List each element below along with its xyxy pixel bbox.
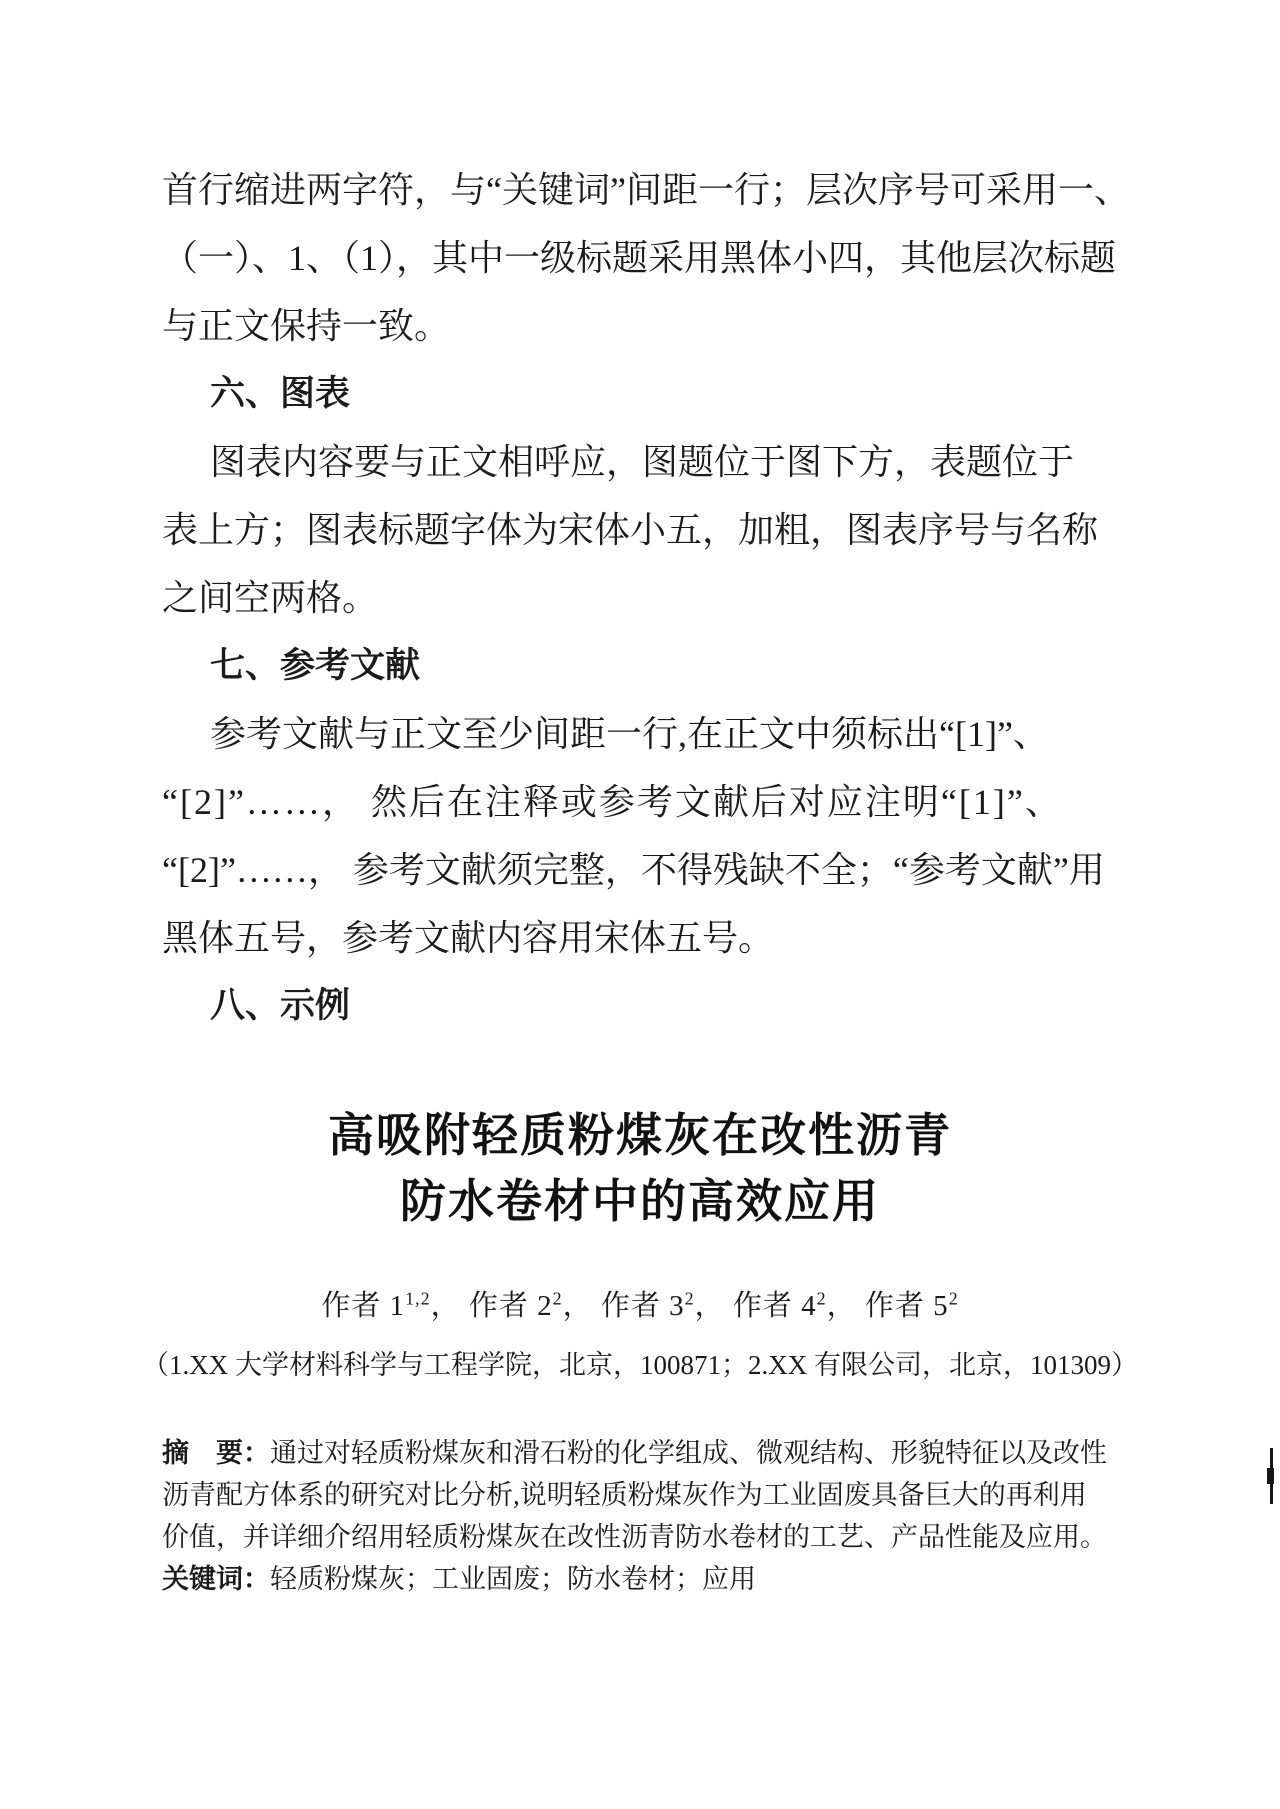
body-text-line: 与正文保持一致。 [162, 292, 1092, 360]
body-text-line: 表上方；图表标题字体为宋体小五，加粗，图表序号与名称 [162, 496, 1092, 564]
abstract-text-line: 价值，并详细介绍用轻质粉煤灰在改性沥青防水卷材的工艺、产品性能及应用。 [162, 1516, 1107, 1558]
author: 作者 52 [865, 1290, 959, 1322]
author: 作者 22 [469, 1290, 563, 1322]
paper-title-line: 防水卷材中的高效应用 [0, 1168, 1280, 1234]
section-heading: 八、示例 [162, 972, 1092, 1040]
author: 作者 42 [733, 1290, 827, 1322]
abstract-label: 摘 要： [162, 1438, 270, 1468]
body-text-line: （一）、1、（1），其中一级标题采用黑体小四，其他层次标题 [162, 224, 1092, 292]
abstract-block: 摘 要：通过对轻质粉煤灰和滑石粉的化学组成、微观结构、形貌特征以及改性 沥青配方… [162, 1432, 1107, 1600]
affiliation-line: （1.XX 大学材料科学与工程学院，北京，100871；2.XX 有限公司，北京… [0, 1345, 1280, 1385]
scan-artifact-blob [1267, 1468, 1274, 1484]
author-superscript: 2 [553, 1288, 563, 1308]
author-superscript: 2 [685, 1288, 695, 1308]
body-text-line: 之间空两格。 [162, 564, 1092, 632]
body-text-line: “[2]”……， 参考文献须完整，不得残缺不全；“参考文献”用 [162, 836, 1092, 904]
keywords-text: 轻质粉煤灰；工业固废；防水卷材；应用 [270, 1564, 756, 1594]
document-page: 首行缩进两字符，与“关键词”间距一行；层次序号可采用一、（一）、1、（1），其中… [0, 0, 1280, 1809]
section-heading: 七、参考文献 [162, 632, 1092, 700]
body-text-line: 图表内容要与正文相呼应，图题位于图下方，表题位于 [162, 428, 1092, 496]
author-superscript: 2 [949, 1288, 959, 1308]
paper-title: 高吸附轻质粉煤灰在改性沥青 防水卷材中的高效应用 [0, 1102, 1280, 1234]
body-text-line: 参考文献与正文至少间距一行,在正文中须标出“[1]”、 [162, 700, 1092, 768]
document-body: 首行缩进两字符，与“关键词”间距一行；层次序号可采用一、（一）、1、（1），其中… [162, 156, 1092, 1040]
author: 作者 11,2 [321, 1290, 430, 1322]
keywords-label: 关键词： [162, 1564, 270, 1594]
authors-line: 作者 11,2， 作者 22， 作者 32， 作者 42， 作者 52 [0, 1283, 1280, 1329]
body-text-line: 黑体五号，参考文献内容用宋体五号。 [162, 904, 1092, 972]
author-superscript: 2 [817, 1288, 827, 1308]
paper-title-line: 高吸附轻质粉煤灰在改性沥青 [0, 1102, 1280, 1168]
body-text-line: “[2]”……， 然后在注释或参考文献后对应注明“[1]”、 [162, 768, 1092, 836]
keywords-line: 关键词：轻质粉煤灰；工业固废；防水卷材；应用 [162, 1558, 1107, 1600]
abstract-text-line: 通过对轻质粉煤灰和滑石粉的化学组成、微观结构、形貌特征以及改性 [270, 1438, 1107, 1468]
author: 作者 32 [601, 1290, 695, 1322]
body-text-line: 首行缩进两字符，与“关键词”间距一行；层次序号可采用一、 [162, 156, 1092, 224]
scan-artifact [1267, 1448, 1275, 1504]
author-superscript: 1,2 [405, 1288, 431, 1308]
section-heading: 六、图表 [162, 360, 1092, 428]
abstract-text-line: 沥青配方体系的研究对比分析,说明轻质粉煤灰作为工业固废具备巨大的再利用 [162, 1474, 1107, 1516]
abstract-line: 摘 要：通过对轻质粉煤灰和滑石粉的化学组成、微观结构、形貌特征以及改性 [162, 1432, 1107, 1474]
